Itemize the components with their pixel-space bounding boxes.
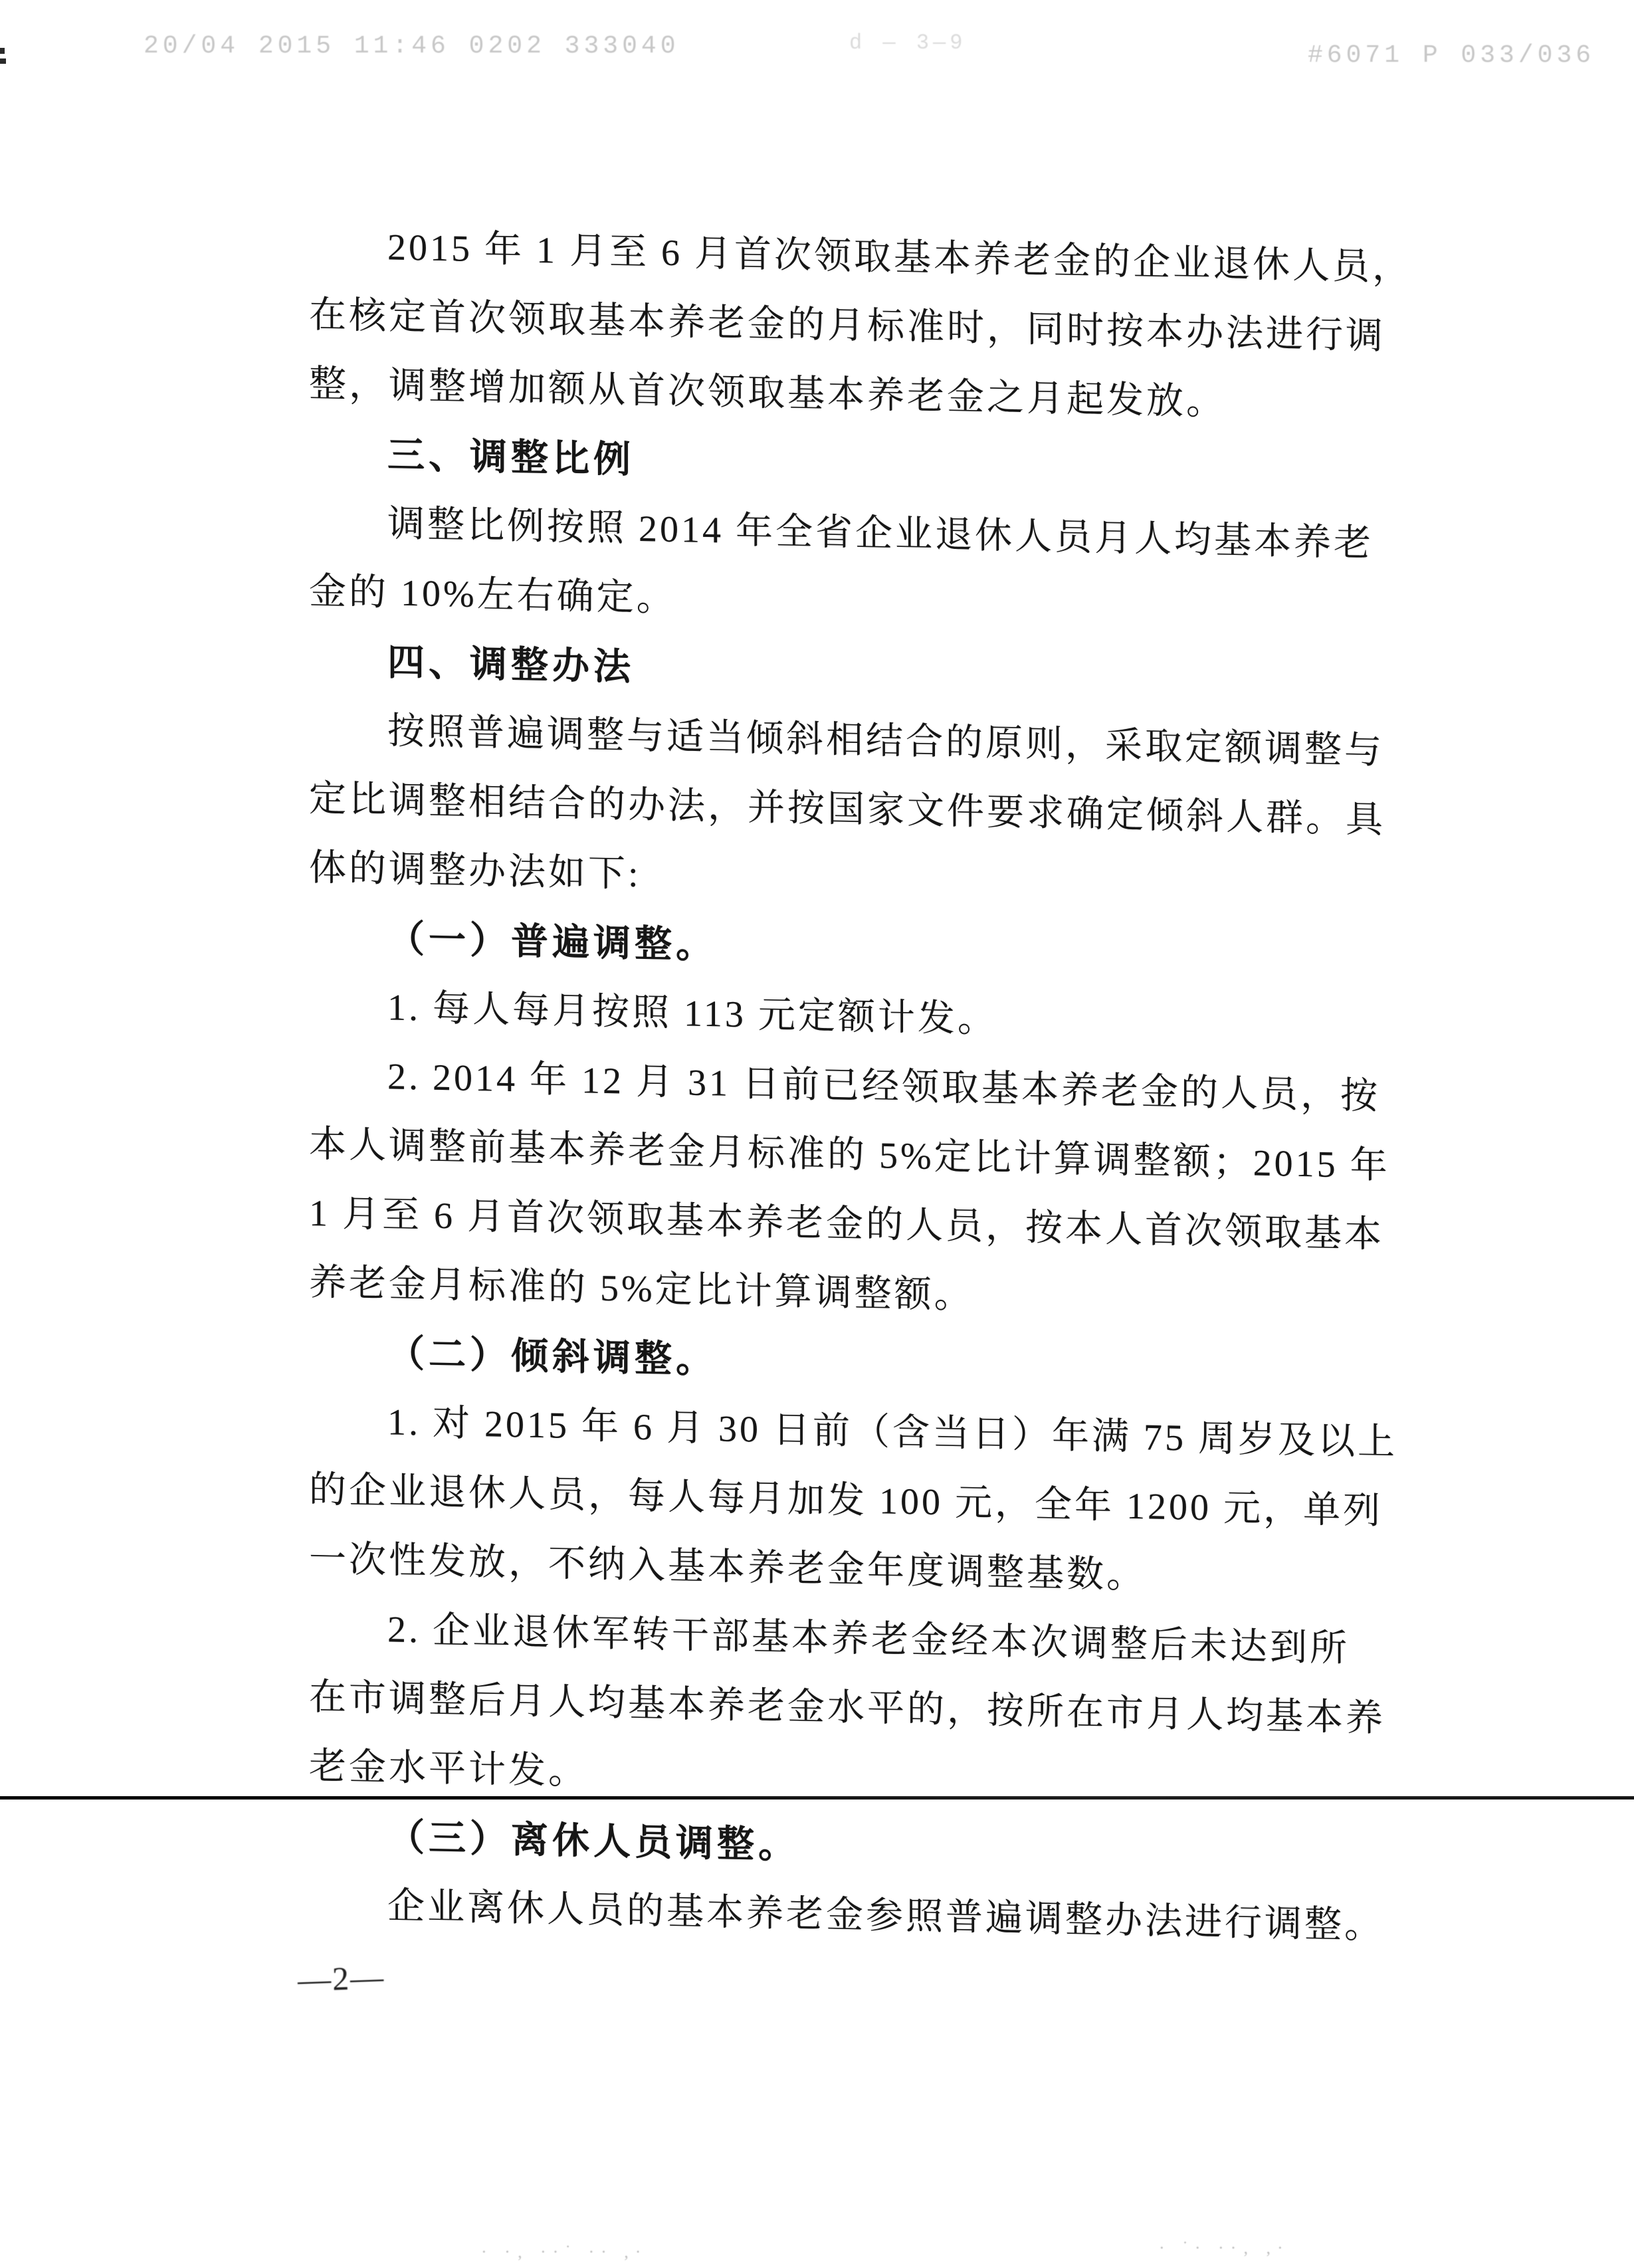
scanned-document-page: 20/04 2015 11:46 0202 333040 d — 3—9 #60…	[0, 0, 1634, 2268]
fax-header-center-garble: d — 3—9	[849, 31, 966, 55]
document-text-body: 2015 年 1 月至 6 月首次领取基本养老金的企业退休人员，在核定首次领取基…	[309, 211, 1379, 1960]
page-number: —2—	[297, 1958, 385, 2000]
scan-speck	[0, 58, 6, 64]
scan-speck	[0, 48, 5, 54]
fax-header-timestamp: 20/04 2015 11:46 0202 333040	[144, 32, 680, 60]
scan-noise: · ˙· ··‚ ,·	[1159, 2238, 1290, 2258]
scan-noise: · ·‚ ··˙ ·· ,·	[481, 2242, 647, 2262]
fax-header-page-counter: #6071 P 033/036	[1308, 41, 1595, 70]
scan-artifact-line	[0, 1796, 1634, 1800]
